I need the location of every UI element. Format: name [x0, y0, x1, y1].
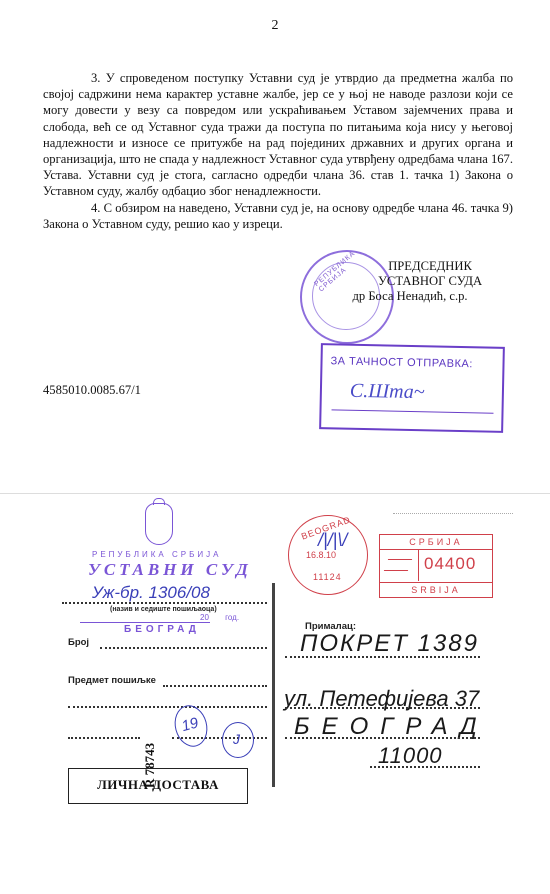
- signature-title-2: УСТАВНОГ СУДА: [378, 274, 482, 289]
- meter-amount: 04400: [424, 554, 476, 574]
- accuracy-stamp-label: ЗА ТАЧНОСТ ОТПРАВКА:: [330, 355, 473, 370]
- date-underline: [80, 622, 210, 623]
- subject-label: Предмет пошиљке: [68, 675, 156, 686]
- signature-block: ПРЕДСЕДНИК УСТАВНОГ СУДА др Боса Ненадић…: [378, 259, 482, 304]
- postage-meter-stamp: СРБИЈА 04400 SRBIJA: [379, 534, 493, 598]
- subject-field-line-2: [68, 706, 267, 708]
- meter-country-latin: SRBIJA: [380, 582, 492, 597]
- circled-mark-1: 19: [170, 702, 212, 751]
- postmark-postal-code: 11124: [313, 572, 342, 582]
- postmark-scribble: /|/|\/: [318, 530, 347, 551]
- number-field-line: [100, 647, 267, 649]
- meter-country-cyrillic: СРБИЈА: [380, 535, 492, 550]
- personal-delivery-box: ЛИЧНА ДОСТАВА: [68, 768, 248, 804]
- subject-field-line: [163, 685, 267, 687]
- recipient-name: ПОКРЕТ 1389: [300, 630, 479, 658]
- number-label: Број: [68, 637, 89, 648]
- envelope-edge: [0, 493, 550, 494]
- sender-city: БЕОГРАД: [124, 624, 200, 635]
- document-body: 3. У спроведеном поступку Уставни суд је…: [43, 70, 513, 232]
- sender-hint: (назив и седиште пошиљаоца): [110, 606, 217, 613]
- accuracy-stamp: ЗА ТАЧНОСТ ОТПРАВКА: С.Шта~: [319, 343, 505, 433]
- sender-court: УСТАВНИ СУД: [88, 560, 252, 580]
- signature-name: др Боса Ненадић, с.р.: [338, 289, 482, 304]
- signature-line: [332, 409, 494, 413]
- recipient-line-3: [285, 737, 480, 739]
- sender-republic: РЕПУБЛИКА СРБИЈА: [92, 550, 221, 559]
- year-prefix: 20: [200, 613, 209, 622]
- top-right-dotted-line: [393, 513, 513, 514]
- coat-of-arms-icon: [145, 503, 173, 545]
- circled-mark-2: J: [222, 722, 254, 758]
- sender-dotted-line: [62, 602, 267, 604]
- signature-title-1: ПРЕДСЕДНИК: [378, 259, 482, 274]
- handwritten-reference: Уж-бр. 1306/08: [92, 583, 210, 603]
- year-suffix: год.: [225, 613, 239, 622]
- handwritten-signature: С.Шта~: [350, 380, 425, 405]
- recipient-line-1: [285, 656, 480, 658]
- envelope-divider: [272, 583, 275, 787]
- recipient-line-2: [285, 707, 480, 709]
- meter-logo-icon: [380, 549, 419, 581]
- personal-delivery-label: ЛИЧНА ДОСТАВА: [69, 777, 247, 793]
- paragraph-4: 4. С обзиром на наведено, Уставни суд је…: [43, 200, 513, 232]
- document-number: 4585010.0085.67/1: [43, 383, 141, 398]
- page-number: 2: [0, 18, 550, 34]
- recipient-line-4: [370, 766, 480, 768]
- year-label: 20 год.: [200, 613, 239, 622]
- paragraph-3: 3. У спроведеном поступку Уставни суд је…: [43, 70, 513, 200]
- subject-field-line-3a: [68, 737, 140, 739]
- postmark-date: 16.8.10: [306, 550, 336, 560]
